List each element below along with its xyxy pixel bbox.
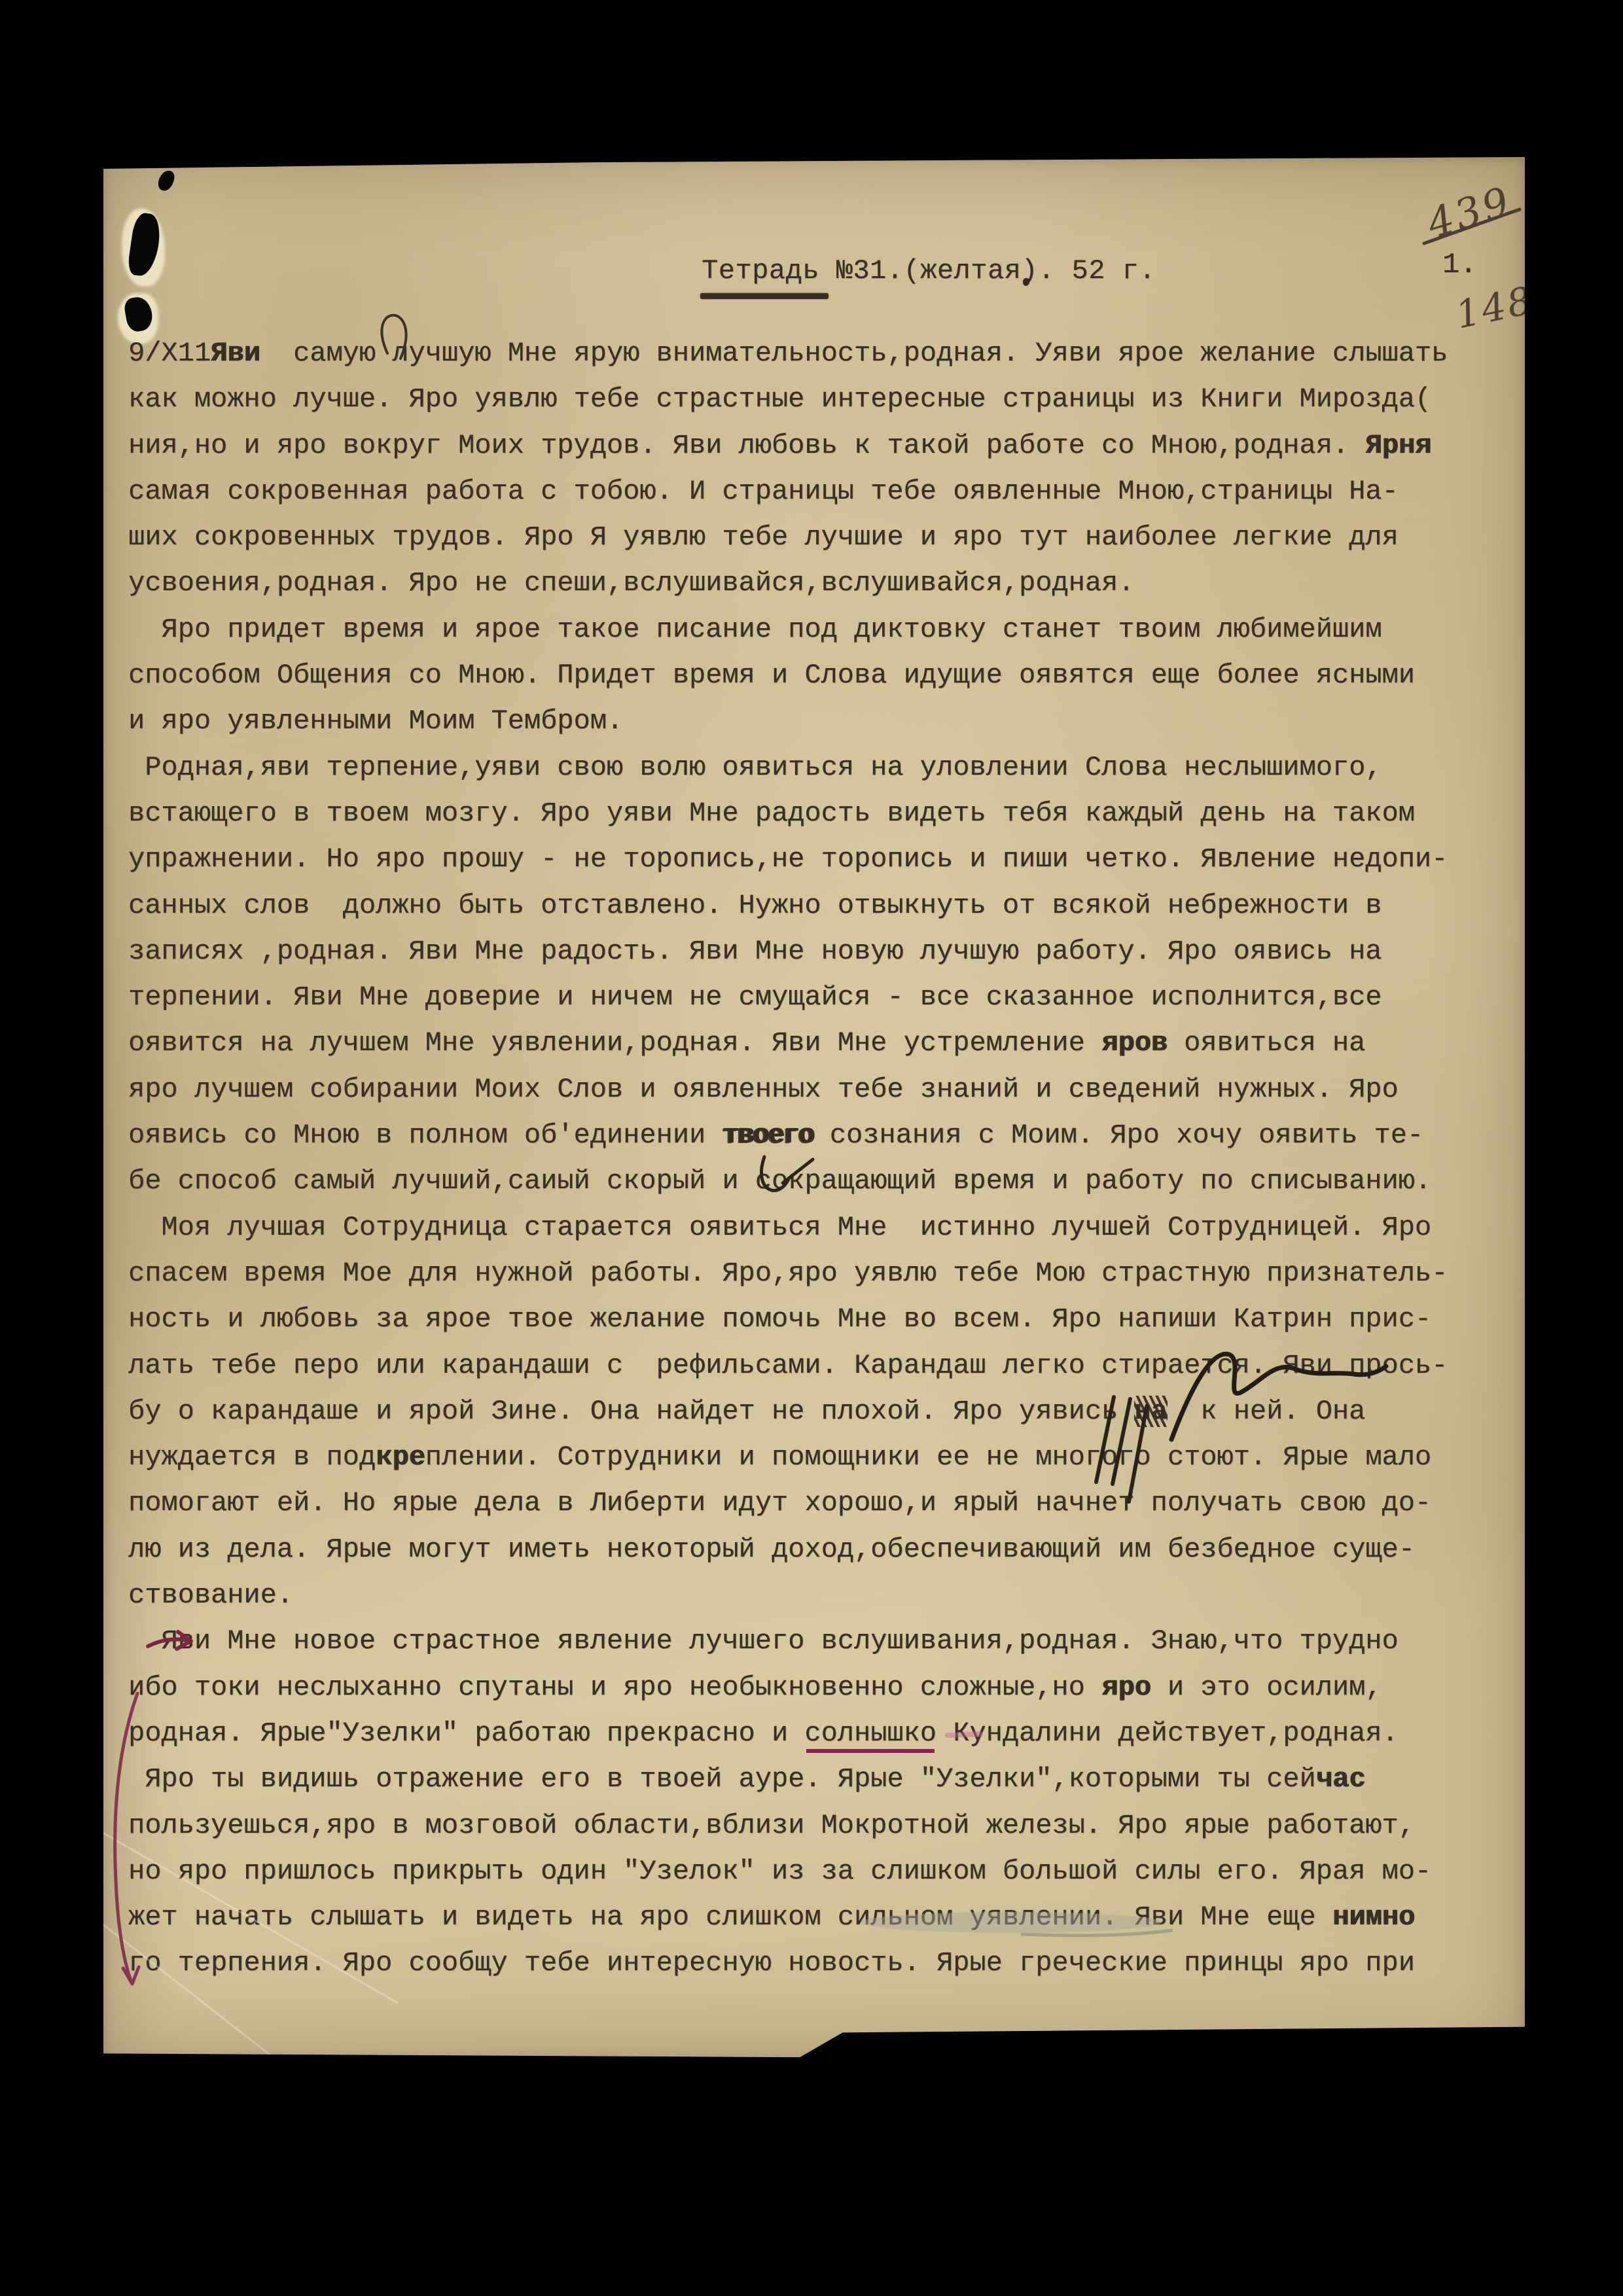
typed-line: ибо токи неслыханно спутаны и яро необык… — [128, 1665, 1448, 1710]
typed-line: терпении. Яви Мне доверие и ничем не сму… — [128, 974, 1448, 1020]
typed-line: Яви Мне новое страстное явление лучшего … — [128, 1618, 1448, 1664]
typed-line: ствование. — [128, 1572, 1448, 1618]
title-underline — [700, 293, 829, 299]
typed-line: Моя лучшая Сотрудница старается оявиться… — [128, 1205, 1448, 1250]
typed-line: бу о карандаше и ярой Зине. Она найдет н… — [128, 1388, 1448, 1434]
typed-line: способом Общения со Мною. Придет время и… — [128, 652, 1448, 698]
typed-line: оявится на лучшем Мне уявлении,родная. Я… — [128, 1020, 1448, 1066]
typed-line: лю из дела. Ярые могут иметь некоторый д… — [128, 1527, 1448, 1572]
typed-line: упражнении. Но яро прошу - не торопись,н… — [128, 836, 1448, 882]
typed-line: 9/Х11Яви самую лучшую Мне ярую вниматель… — [128, 330, 1448, 376]
page-title: Тетрадь №31.(желтая). 52 г. — [702, 255, 1156, 287]
typed-page-number: 1. — [1442, 249, 1477, 281]
typed-line: ния,но и яро вокруг Моих трудов. Яви люб… — [128, 423, 1448, 468]
typed-line: Яро придет время и ярое такое писание по… — [128, 607, 1448, 652]
typed-line: жет начать слышать и видеть на яро слишк… — [128, 1894, 1448, 1940]
handwritten-page-number: 148 — [1452, 277, 1537, 337]
typed-line: но яро пришлось прикрыть один "Узелок" и… — [128, 1848, 1448, 1894]
typed-line: санных слов должно быть отставлено. Нужн… — [128, 883, 1448, 928]
typed-line: нуждается в подкреплении. Сотрудники и п… — [128, 1434, 1448, 1480]
torn-hole — [156, 168, 177, 192]
crossed-out-page-number: 439 — [1421, 177, 1517, 248]
typed-line: помогают ей. Но ярые дела в Либерти идут… — [128, 1480, 1448, 1526]
typed-line: бе способ самый лучший,саиый скорый и со… — [128, 1158, 1448, 1204]
typed-line: и яро уявленными Моим Тембром. — [128, 698, 1448, 744]
typed-line: как можно лучше. Яро уявлю тебе страстны… — [128, 376, 1448, 422]
typed-lines: 9/Х11Яви самую лучшую Мне ярую вниматель… — [128, 330, 1448, 1987]
typed-line: пользуешься,яро в мозговой области,вблиз… — [128, 1803, 1448, 1848]
typed-line: яро лучшем собирании Моих Слов и оявленн… — [128, 1067, 1448, 1112]
typed-line: встающего в твоем мозгу. Яро уяви Мне ра… — [128, 790, 1448, 836]
typed-line: ших сокровенных трудов. Яро Я уявлю тебе… — [128, 514, 1448, 560]
typed-line: усвоения,родная. Яро не спеши,вслушивайс… — [128, 560, 1448, 606]
typed-line: Яро ты видишь отражение его в твоей ауре… — [128, 1756, 1448, 1802]
typed-line: го терпения. Яро сообщу тебе интересную … — [128, 1940, 1448, 1986]
typed-line: оявись со Мною в полном об'единении твое… — [128, 1112, 1448, 1158]
typed-line: спасем время Мое для нужной работы. Яро,… — [128, 1250, 1448, 1296]
document-page: Тетрадь №31.(желтая). 52 г. 439 1. 148 9… — [103, 157, 1525, 2061]
typed-line: Родная,яви терпение,уяви свою волю оявит… — [128, 745, 1448, 790]
typed-line: ность и любовь за ярое твое желание помо… — [128, 1296, 1448, 1342]
typed-line: лать тебе перо или карандаши с рефильсам… — [128, 1343, 1448, 1388]
scan-background: { "colors": { "background": "#000000", "… — [0, 0, 1623, 2296]
typed-line: самая сокровенная работа с тобою. И стра… — [128, 468, 1448, 514]
typed-line: родная. Ярые"Узелки" работаю прекрасно и… — [128, 1710, 1448, 1756]
typed-line: записях ,родная. Яви Мне радость. Яви Мн… — [128, 928, 1448, 974]
